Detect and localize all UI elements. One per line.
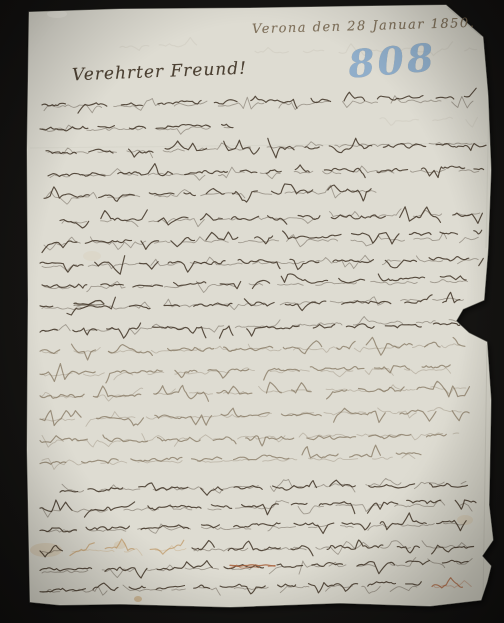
stain [134,596,142,602]
letter-scene [0,0,504,623]
stain [83,251,101,261]
letter-photo: Verona den 28 Januar 1850. 808 Verehrter… [0,0,504,623]
stain [457,515,473,525]
